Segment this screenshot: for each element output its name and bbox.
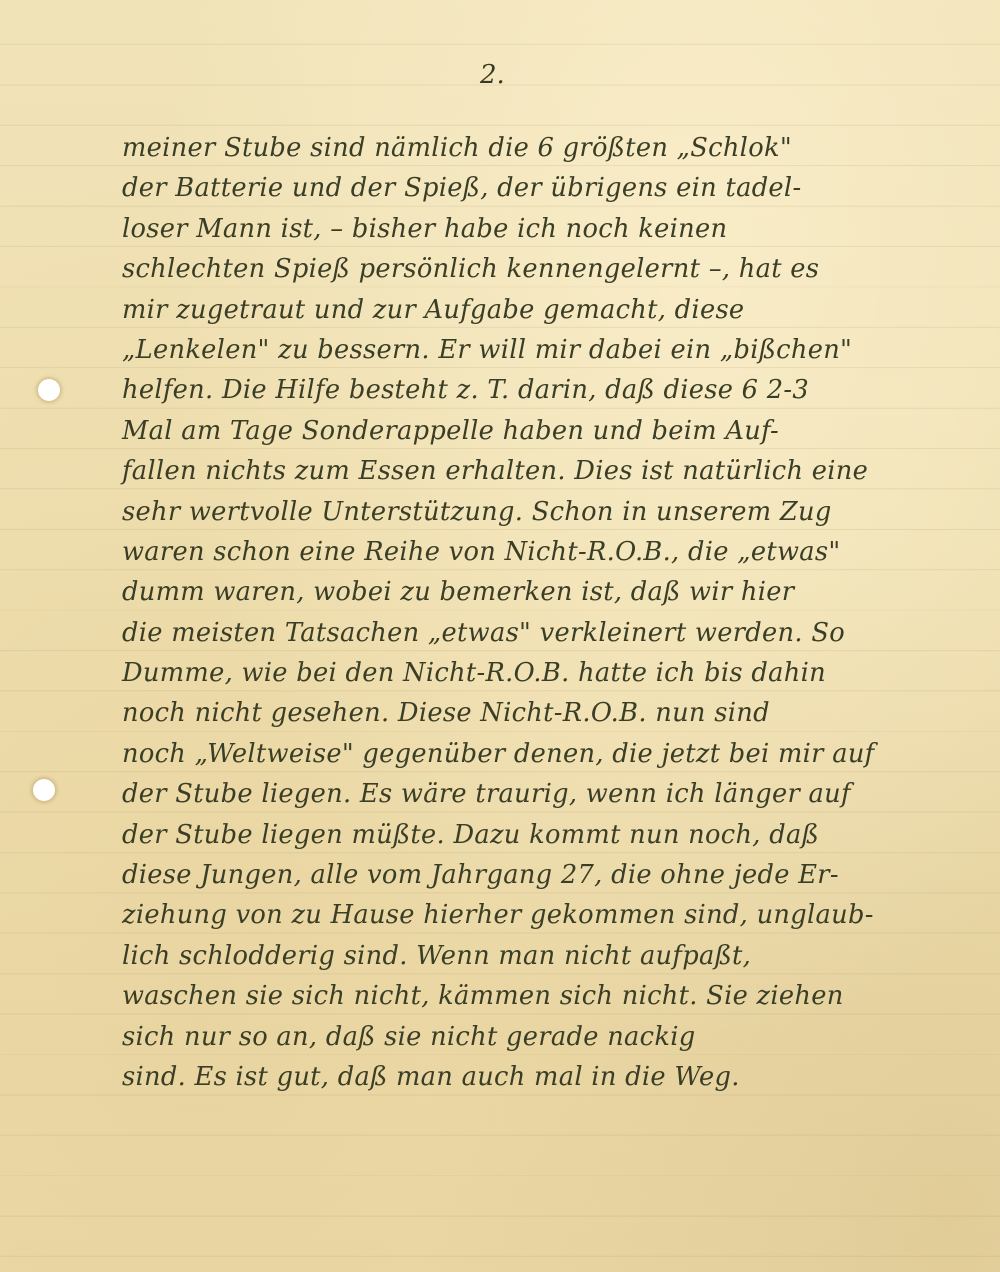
text-line: meiner Stube sind nämlich die 6 größten … [122, 128, 962, 168]
handwritten-text: meiner Stube sind nämlich die 6 größten … [122, 128, 972, 1097]
text-line: helfen. Die Hilfe besteht z. T. darin, d… [122, 370, 962, 410]
text-line: waren schon eine Reihe von Nicht-R.O.B.,… [122, 532, 962, 572]
punch-hole-lower [33, 779, 55, 801]
text-line: diese Jungen, alle vom Jahrgang 27, die … [122, 855, 962, 895]
punch-hole-upper [38, 379, 60, 401]
text-line: noch nicht gesehen. Diese Nicht-R.O.B. n… [122, 693, 962, 733]
text-line: schlechten Spieß persönlich kennengelern… [122, 249, 962, 289]
text-line: Mal am Tage Sonderappelle haben und beim… [122, 411, 962, 451]
text-line: der Stube liegen. Es wäre traurig, wenn … [122, 774, 962, 814]
page-number: 2. [480, 60, 505, 90]
text-line: „Lenkelen" zu bessern. Er will mir dabei… [122, 330, 962, 370]
text-line: waschen sie sich nicht, kämmen sich nich… [122, 976, 962, 1016]
text-line: dumm waren, wobei zu bemerken ist, daß w… [122, 572, 962, 612]
text-line: ziehung von zu Hause hierher gekommen si… [122, 895, 962, 935]
text-line: Dumme, wie bei den Nicht-R.O.B. hatte ic… [122, 653, 962, 693]
text-line: loser Mann ist, – bisher habe ich noch k… [122, 209, 962, 249]
text-line: lich schlodderig sind. Wenn man nicht au… [122, 936, 962, 976]
text-line: sind. Es ist gut, daß man auch mal in di… [122, 1057, 962, 1097]
text-line: die meisten Tatsachen „etwas" verkleiner… [122, 613, 962, 653]
text-line: mir zugetraut und zur Aufgabe gemacht, d… [122, 290, 962, 330]
letter-page: 2. meiner Stube sind nämlich die 6 größt… [0, 0, 1000, 1272]
text-line: der Stube liegen müßte. Dazu kommt nun n… [122, 815, 962, 855]
text-line: der Batterie und der Spieß, der übrigens… [122, 168, 962, 208]
text-line: noch „Weltweise" gegenüber denen, die je… [122, 734, 962, 774]
text-line: sich nur so an, daß sie nicht gerade nac… [122, 1017, 962, 1057]
text-line: sehr wertvolle Unterstützung. Schon in u… [122, 492, 962, 532]
text-line: fallen nichts zum Essen erhalten. Dies i… [122, 451, 962, 491]
